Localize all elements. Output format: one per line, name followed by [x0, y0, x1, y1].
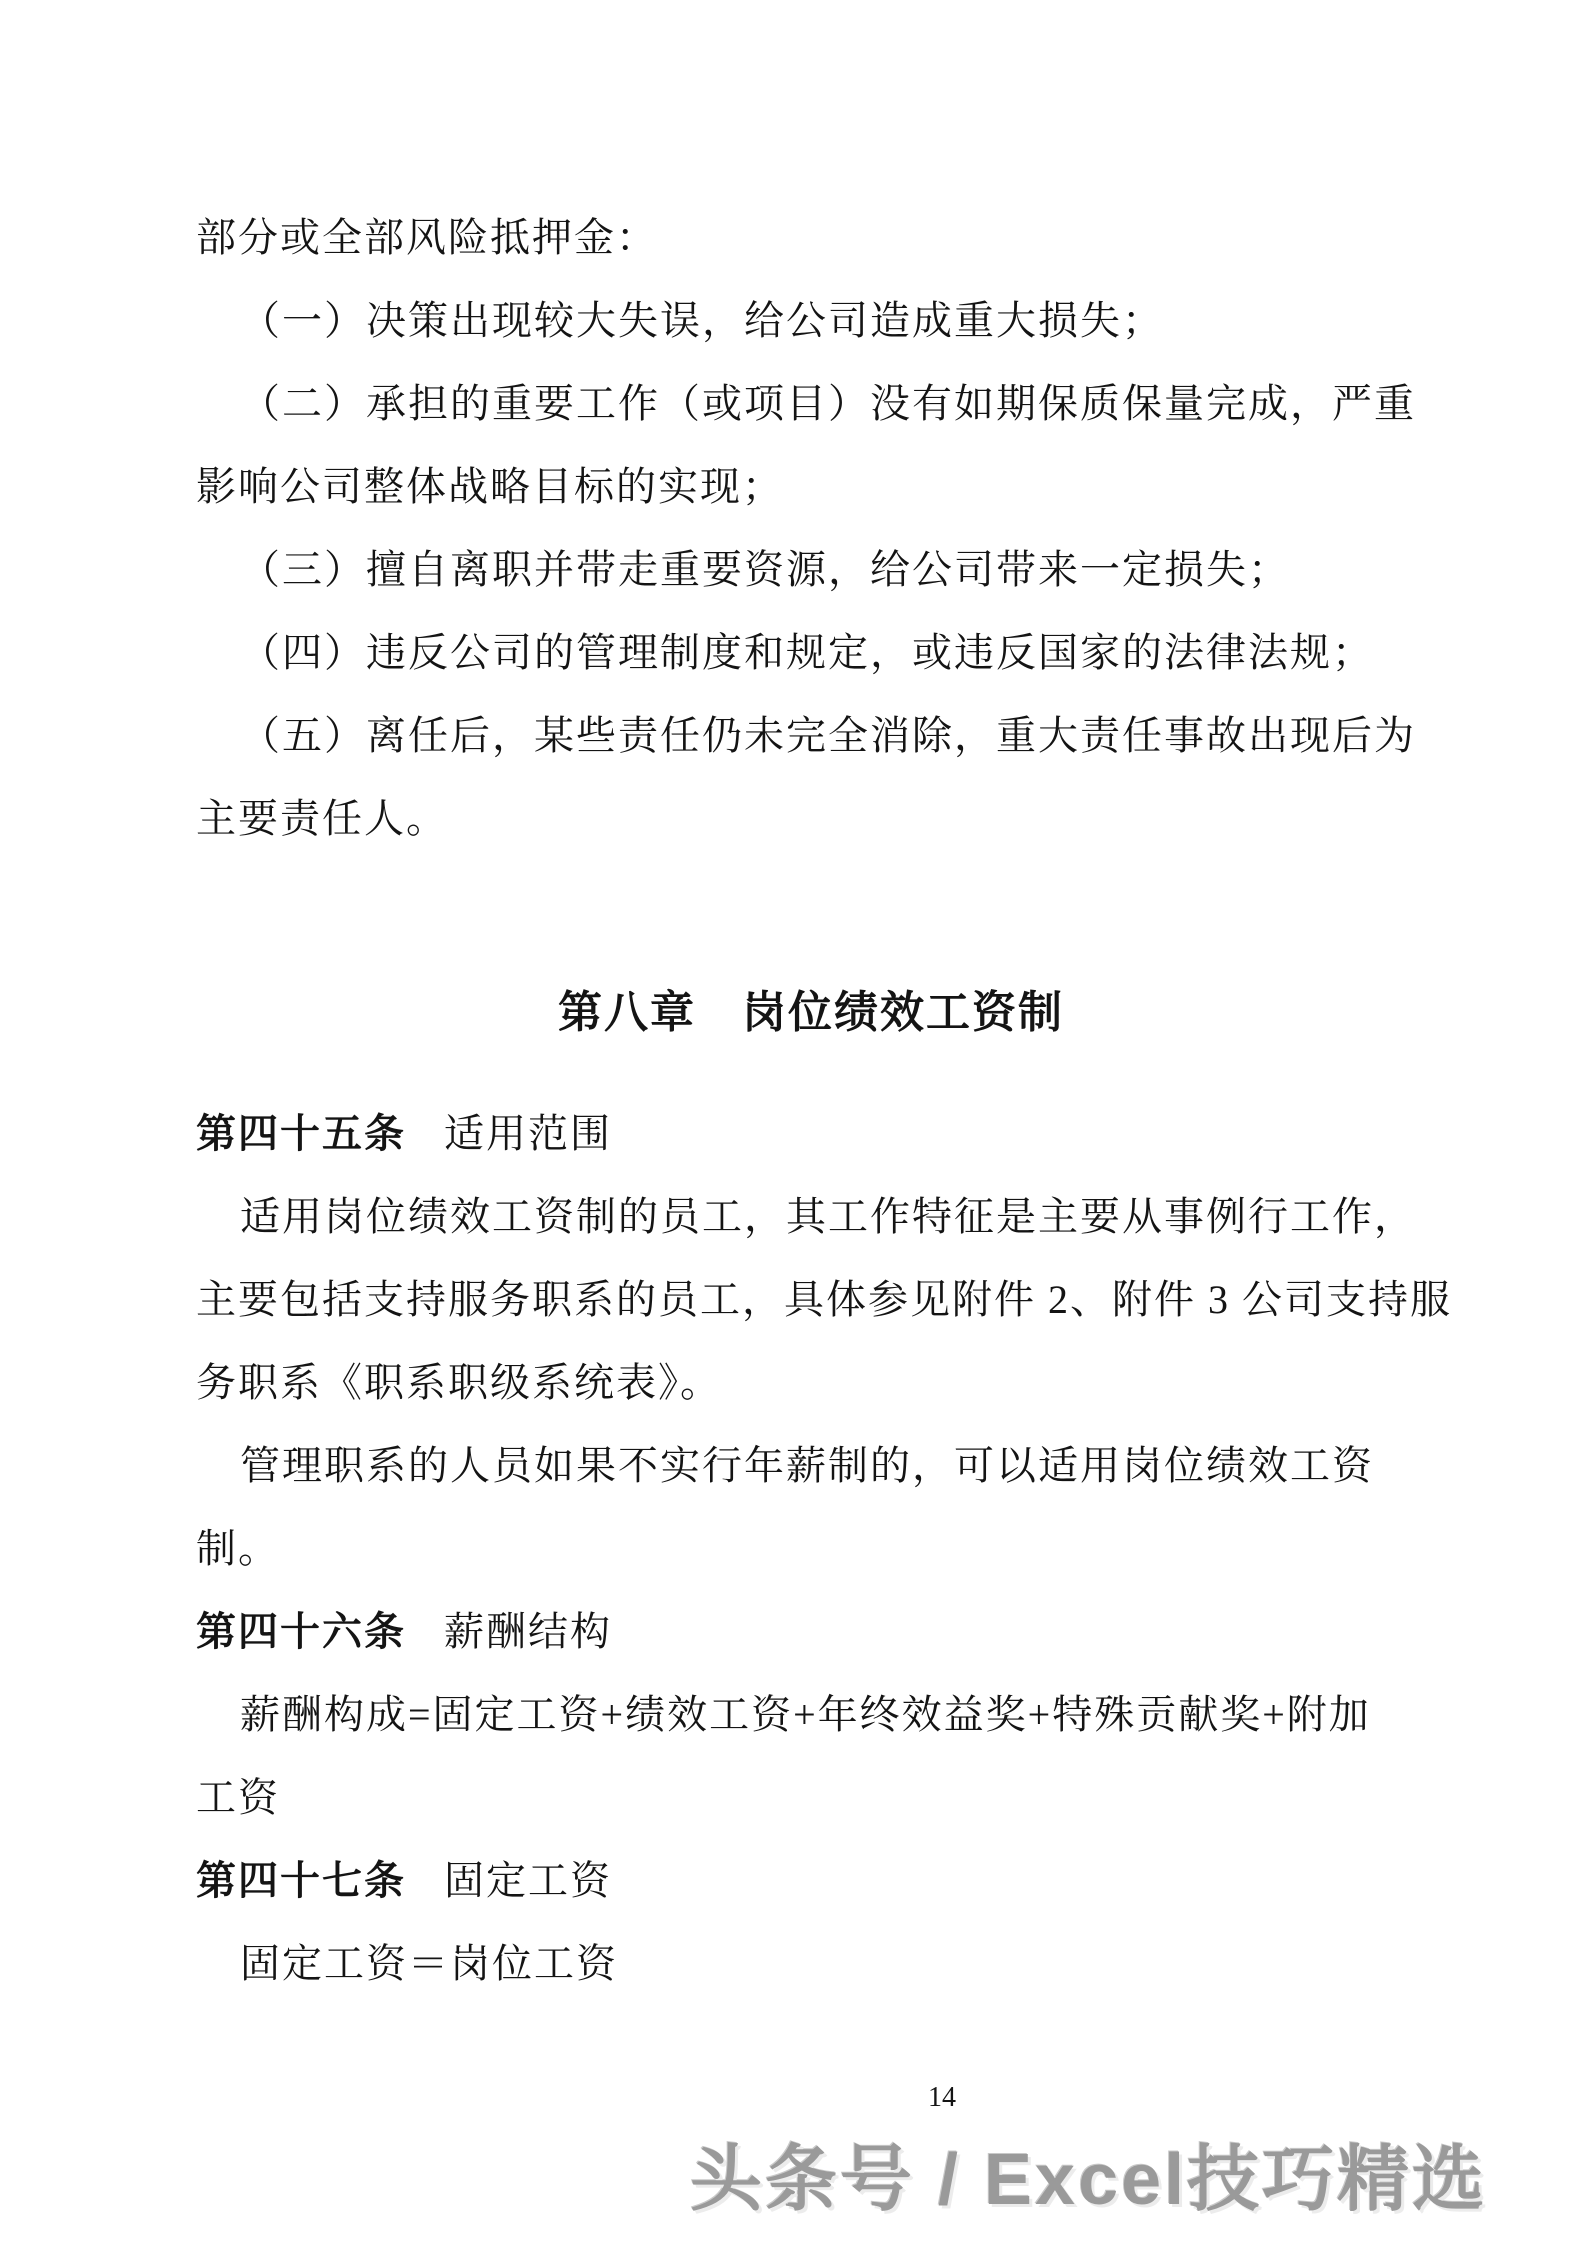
list-item-2: （二）承担的重要工作（或项目）没有如期保质保量完成，严重	[196, 362, 1426, 445]
article-title: 薪酬结构	[444, 1609, 612, 1654]
chapter-heading: 第八章 岗位绩效工资制	[196, 970, 1426, 1056]
salary-formula-line: 薪酬构成=固定工资+绩效工资+年终效益奖+特殊贡献奖+附加	[196, 1673, 1426, 1756]
salary-formula-line-continued: 工资	[196, 1756, 1426, 1839]
article-number: 第四十五条	[196, 1111, 406, 1156]
paragraph-line: 适用岗位绩效工资制的员工，其工作特征是主要从事例行工作，	[196, 1175, 1426, 1258]
article-45-heading: 第四十五条适用范围	[196, 1092, 1426, 1175]
article-title: 适用范围	[444, 1111, 612, 1156]
list-item-5-continued: 主要责任人。	[196, 777, 1426, 860]
paragraph-line: 制。	[196, 1507, 1426, 1590]
list-item-3: （三）擅自离职并带走重要资源，给公司带来一定损失；	[196, 528, 1426, 611]
list-item-5: （五）离任后，某些责任仍未完全消除，重大责任事故出现后为	[196, 694, 1426, 777]
document-page: 部分或全部风险抵押金： （一）决策出现较大失误，给公司造成重大损失； （二）承担…	[0, 0, 1587, 2245]
list-item-2-continued: 影响公司整体战略目标的实现；	[196, 445, 1426, 528]
paragraph-line: 主要包括支持服务职系的员工，具体参见附件 2、附件 3 公司支持服	[196, 1258, 1426, 1341]
article-number: 第四十七条	[196, 1858, 406, 1903]
article-title: 固定工资	[444, 1858, 612, 1903]
watermark: 头条号 / Excel技巧精选	[690, 2140, 1487, 2220]
fixed-salary-formula-line: 固定工资＝岗位工资	[196, 1922, 1426, 2005]
article-46-heading: 第四十六条薪酬结构	[196, 1590, 1426, 1673]
article-47-heading: 第四十七条固定工资	[196, 1839, 1426, 1922]
article-number: 第四十六条	[196, 1609, 406, 1654]
paragraph-line: 管理职系的人员如果不实行年薪制的，可以适用岗位绩效工资	[196, 1424, 1426, 1507]
list-item-1: （一）决策出现较大失误，给公司造成重大损失；	[196, 279, 1426, 362]
page-content: 部分或全部风险抵押金： （一）决策出现较大失误，给公司造成重大损失； （二）承担…	[196, 196, 1426, 2005]
paragraph-line: 部分或全部风险抵押金：	[196, 196, 1426, 279]
paragraph-line: 务职系《职系职级系统表》。	[196, 1341, 1426, 1424]
list-item-4: （四）违反公司的管理制度和规定，或违反国家的法律法规；	[196, 611, 1426, 694]
page-number: 14	[928, 2082, 956, 2114]
